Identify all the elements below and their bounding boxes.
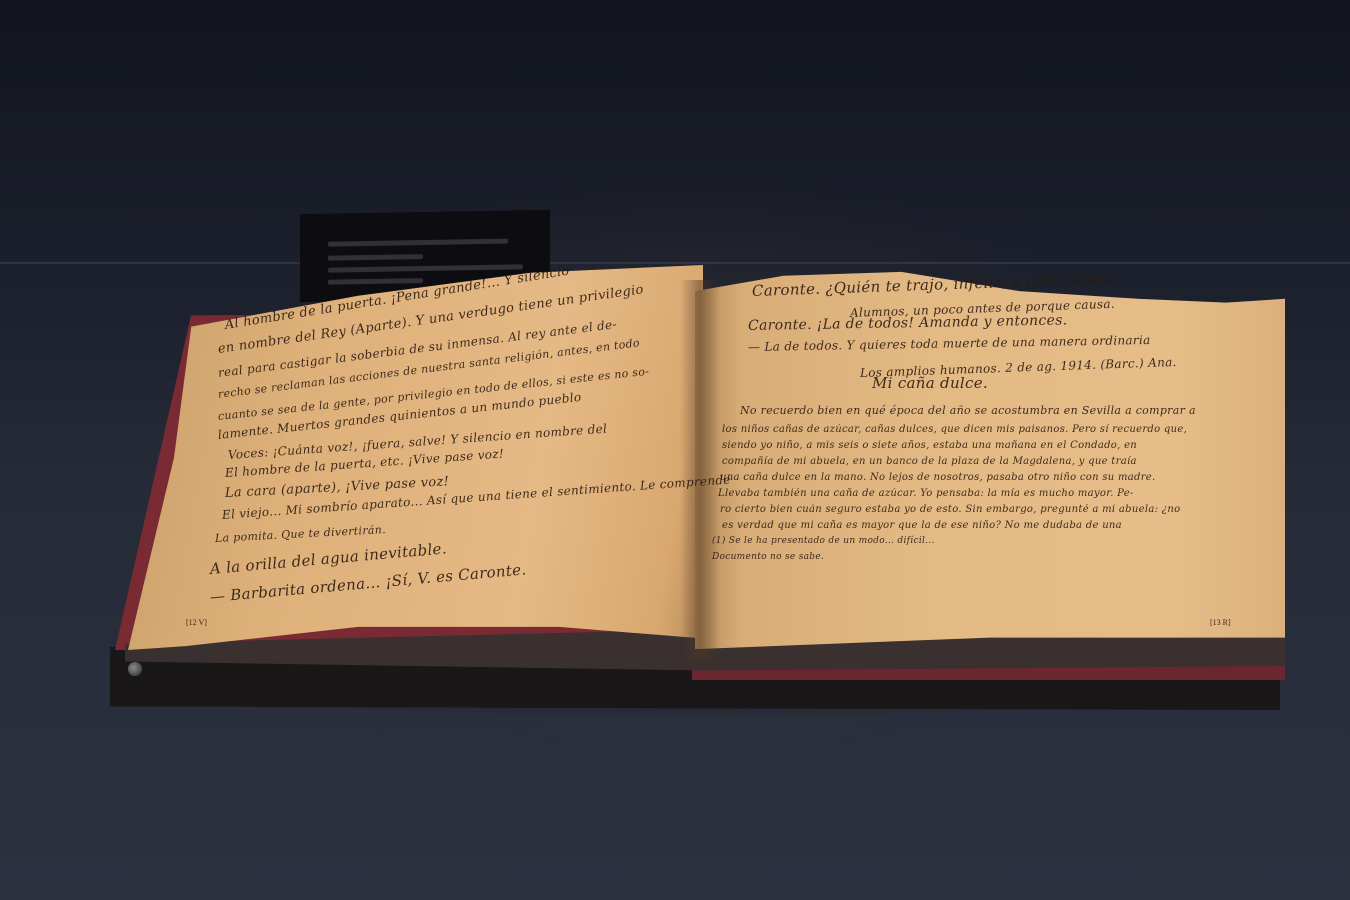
page-number-left: [12 V] bbox=[186, 618, 207, 627]
handwritten-line: una caña dulce en la mano. No lejos de n… bbox=[720, 472, 1156, 483]
handwritten-line: (1) Se le ha presentado de un modo... di… bbox=[712, 536, 935, 546]
handwritten-line: siendo yo niño, a mis seis o siete años,… bbox=[722, 440, 1137, 451]
stand-screw bbox=[128, 662, 142, 676]
handwritten-line: Llevaba también una caña de azúcar. Yo p… bbox=[718, 488, 1134, 499]
label-line bbox=[328, 254, 423, 261]
handwritten-line: los niños cañas de azúcar, cañas dulces,… bbox=[722, 424, 1187, 435]
handwritten-line: ro cierto bien cuán seguro estaba yo de … bbox=[720, 504, 1180, 515]
label-line bbox=[328, 278, 423, 285]
book-gutter bbox=[680, 280, 720, 660]
vitrine-edge bbox=[0, 262, 1350, 264]
handwritten-line: compañía de mi abuela, en un banco de la… bbox=[722, 456, 1137, 467]
label-line bbox=[328, 264, 523, 272]
handwritten-line: Mi caña dulce. bbox=[872, 374, 988, 392]
page-number-right: [13 R] bbox=[1210, 618, 1231, 627]
handwritten-line: No recuerdo bien en qué época del año se… bbox=[740, 404, 1196, 417]
exhibit-label-text bbox=[320, 222, 540, 226]
handwritten-line: es verdad que mi caña es mayor que la de… bbox=[722, 520, 1122, 531]
label-line bbox=[328, 239, 508, 247]
handwritten-line: Documento no se sabe. bbox=[712, 552, 824, 562]
